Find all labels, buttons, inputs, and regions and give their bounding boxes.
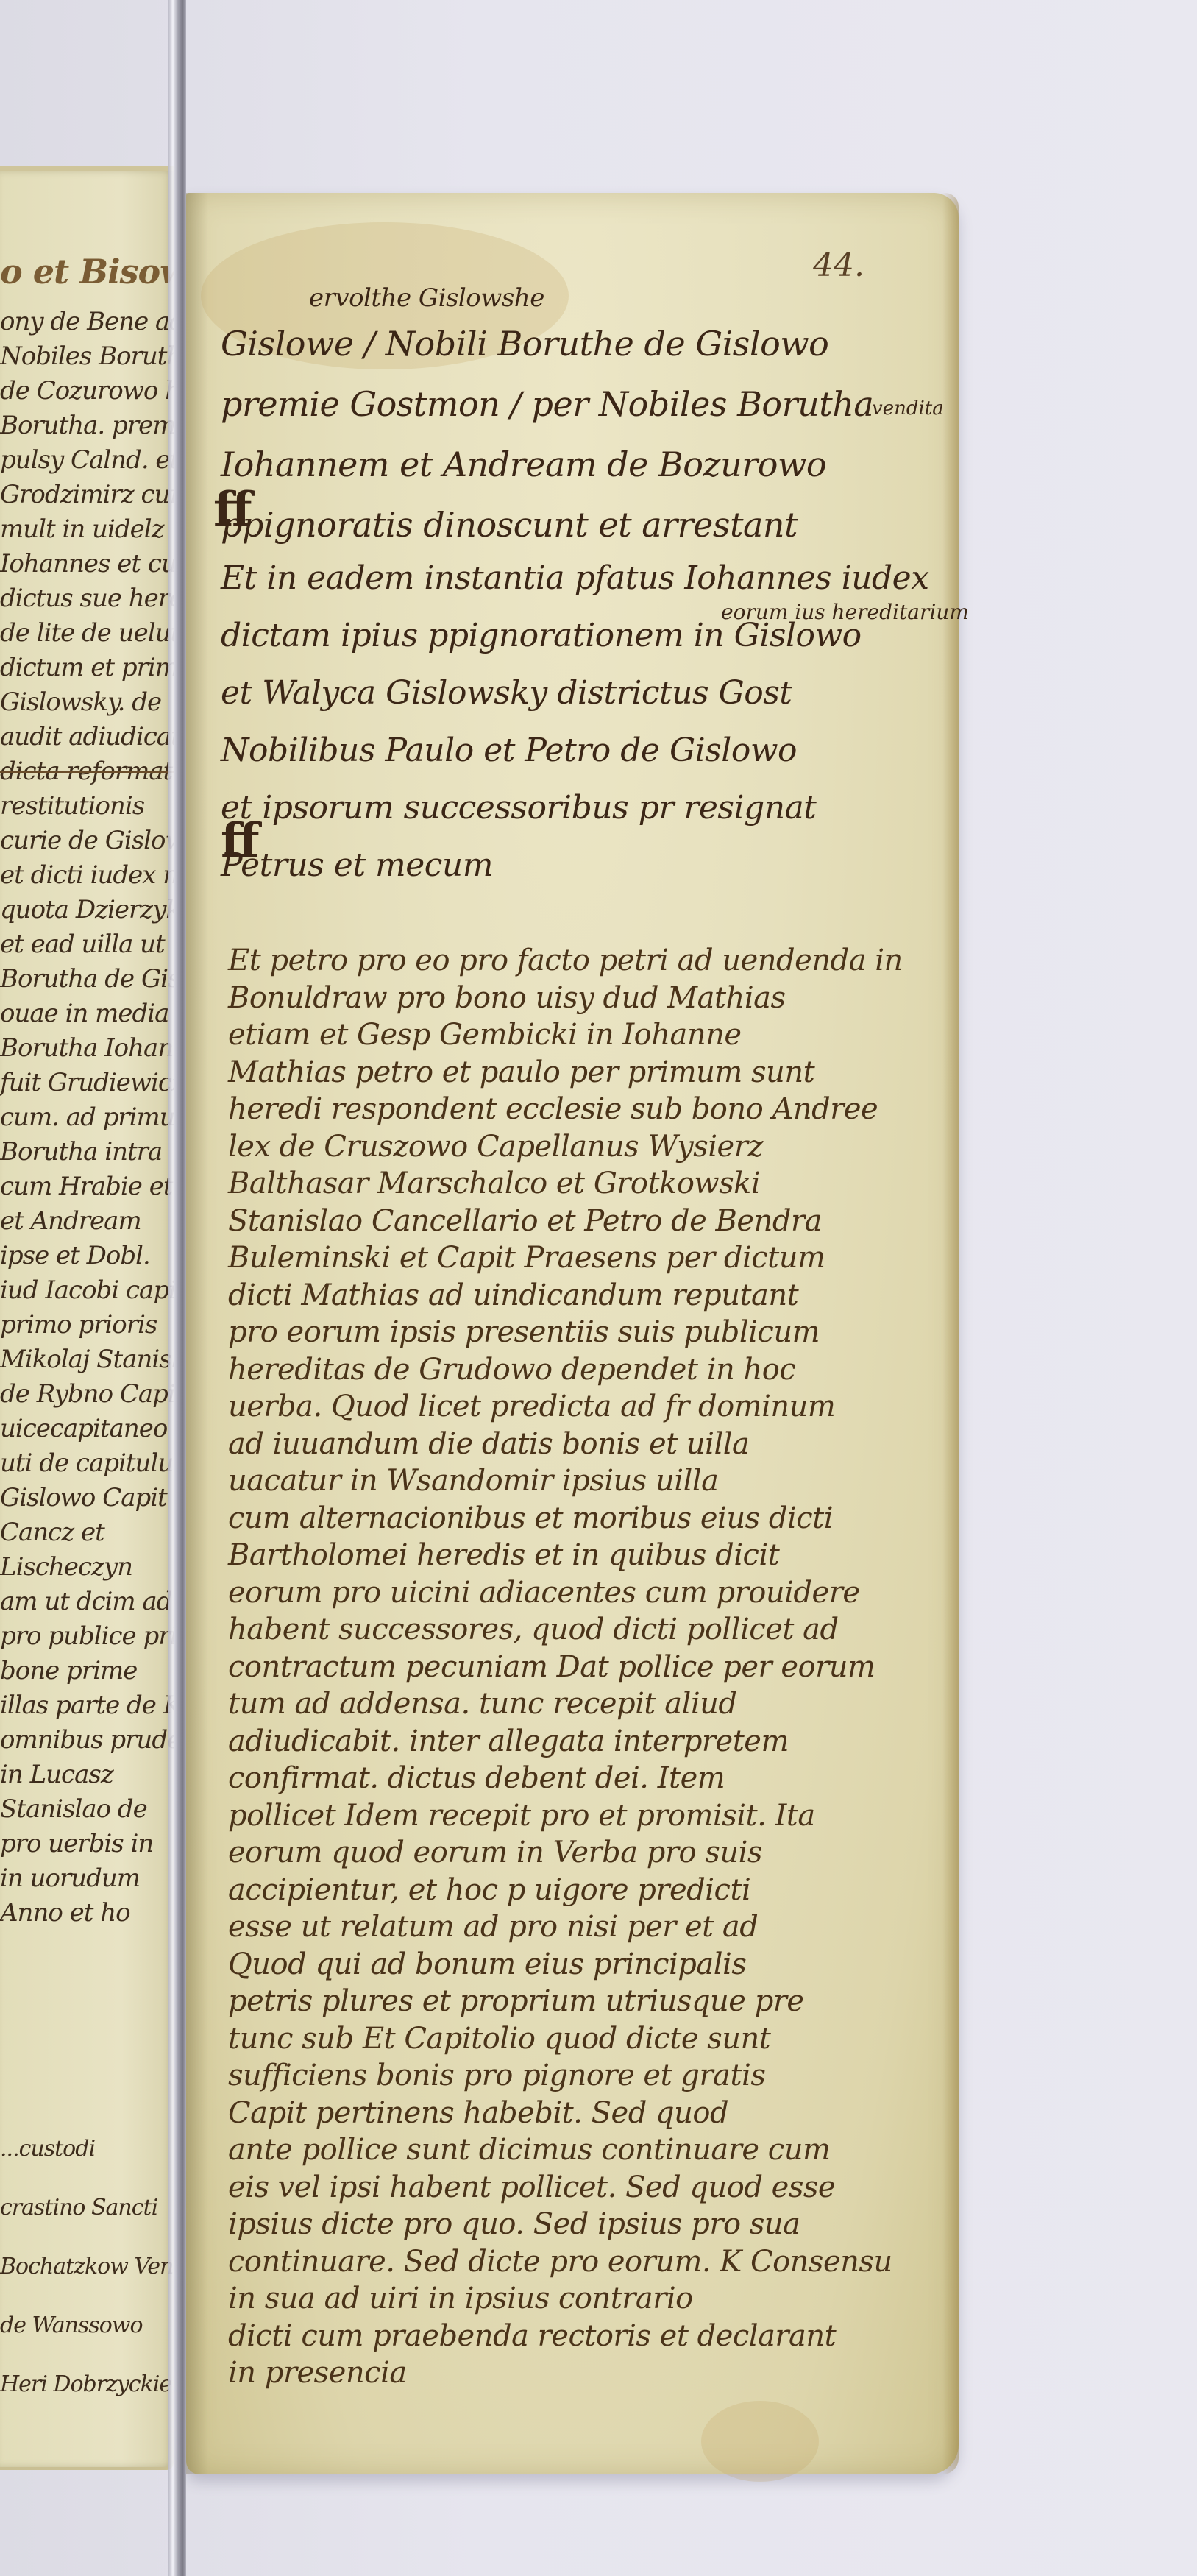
verso-line: curie de Gislowo bbox=[0, 826, 174, 855]
verso-line: Mikolaj Stanislao bbox=[0, 1345, 174, 1374]
verso-line: Borutha Iohannes bbox=[0, 1033, 174, 1063]
manuscript-line: et ipsorum successoribus pr resignat bbox=[221, 789, 817, 827]
verso-line: Anno et ho bbox=[0, 1898, 174, 1928]
manuscript-line: cum alternacionibus et moribus eius dict… bbox=[228, 1501, 833, 1535]
verso-line: restitutionis bbox=[0, 791, 174, 821]
manuscript-line: in presencia bbox=[228, 2356, 407, 2390]
manuscript-line: petris plures et proprium utriusque pre bbox=[228, 1984, 804, 2018]
manuscript-line: tunc sub Et Capitolio quod dicte sunt bbox=[228, 2022, 770, 2056]
verso-line: iud Iacobi capit bbox=[0, 1275, 174, 1305]
verso-footer-line: de Wanssowo bbox=[0, 2313, 174, 2338]
verso-line: audit adiudicatur bbox=[0, 722, 174, 751]
manuscript-line: Bonuldraw pro bono uisy dud Mathias bbox=[228, 981, 785, 1015]
manuscript-line: Capit pertinens habebit. Sed quod bbox=[228, 2096, 728, 2130]
verso-line: Gislowsky. de bbox=[0, 687, 174, 717]
verso-line: cum. ad primum pre bbox=[0, 1103, 174, 1132]
manuscript-line: dicti Mathias ad uindicandum reputant bbox=[228, 1278, 798, 1312]
verso-line: de Cozurowo hered bbox=[0, 376, 174, 406]
verso-line: et dicti iudex matrh bbox=[0, 860, 174, 890]
verso-line: dictum et prime bbox=[0, 653, 174, 682]
verso-line: Grodzimirz cum bbox=[0, 480, 174, 509]
binding-rod bbox=[168, 0, 186, 2576]
manuscript-line: et Walyca Gislowsky districtus Gost bbox=[221, 674, 792, 712]
verso-line: ouae in media bbox=[0, 999, 174, 1028]
verso-line: uti de capitulumque bbox=[0, 1448, 174, 1478]
manuscript-line: Iohannem et Andream de Bozurowo bbox=[221, 445, 826, 484]
manuscript-line: pollicet Idem recepit pro et promisit. I… bbox=[228, 1799, 815, 1833]
manuscript-line: accipientur, et hoc p uigore predicti bbox=[228, 1873, 750, 1907]
manuscript-line: Gislowe / Nobili Boruthe de Gislowo bbox=[221, 324, 828, 364]
manuscript-line: confirmat. dictus debent dei. Item bbox=[228, 1761, 725, 1795]
verso-line: ipse et Dobl. bbox=[0, 1241, 174, 1270]
verso-line: et ead uilla ut bbox=[0, 930, 174, 959]
verso-footer-line: Heri Dobrzyckie in bbox=[0, 2371, 174, 2397]
verso-line: am ut dcim ad bbox=[0, 1587, 174, 1616]
verso-line: mult in uidelz bbox=[0, 514, 174, 544]
verso-line: Borutha. premium et bbox=[0, 411, 174, 440]
manuscript-line: Et in eadem instantia pfatus Iohannes iu… bbox=[221, 559, 929, 597]
verso-line: in uorudum bbox=[0, 1864, 174, 1893]
verso-line: de lite de uelut et bbox=[0, 618, 174, 648]
verso-page: o et Bisowo ony de Bene adNobiles Boruth… bbox=[0, 166, 174, 2470]
interlinear-note: eorum ius hereditarium bbox=[721, 600, 969, 624]
manuscript-line: ad iuuandum die datis bonis et uilla bbox=[228, 1427, 749, 1461]
manuscript-line: habent successores, quod dicti pollicet … bbox=[228, 1613, 839, 1646]
verso-line: dicta reformatio bbox=[0, 757, 174, 786]
verso-heading: o et Bisowo bbox=[0, 252, 174, 291]
verso-line: Borutha intra bbox=[0, 1137, 174, 1167]
manuscript-line: Quod qui ad bonum eius principalis bbox=[228, 1947, 746, 1981]
manuscript-line: contractum pecuniam Dat pollice per eoru… bbox=[228, 1650, 875, 1684]
verso-line: primo prioris bbox=[0, 1310, 174, 1340]
verso-line: quota Dzierzykal. bbox=[0, 895, 174, 924]
verso-line: uicecapitaneo bbox=[0, 1414, 174, 1443]
folio-number: 44. bbox=[813, 247, 864, 284]
verso-line: cum Hrabie et bbox=[0, 1172, 174, 1201]
manuscript-line: ppignoratis dinoscunt et arrestant bbox=[221, 505, 798, 545]
manuscript-line: Et petro pro eo pro facto petri ad uende… bbox=[228, 944, 903, 977]
verso-footer-line: Bochatzkow Venient bbox=[0, 2254, 174, 2279]
manuscript-line: esse ut relatum ad pro nisi per et ad bbox=[228, 1910, 758, 1944]
verso-line: Lischeczyn bbox=[0, 1552, 174, 1582]
verso-line: fuit Grudiewicz bbox=[0, 1068, 174, 1097]
verso-line: pulsy Calnd. et bbox=[0, 445, 174, 475]
verso-line: ony de Bene ad bbox=[0, 307, 174, 336]
water-stain bbox=[701, 2401, 819, 2482]
manuscript-line: eorum quod eorum in Verba pro suis bbox=[228, 1836, 762, 1869]
verso-line: pro publice priva bbox=[0, 1621, 174, 1651]
verso-line: Iohannes et cum bbox=[0, 549, 174, 578]
verso-footer-line: crastino Sancti bbox=[0, 2195, 174, 2221]
manuscript-line: Bartholomei heredis et in quibus dicit bbox=[228, 1538, 779, 1572]
manuscript-line: in sua ad uiri in ipsius contrario bbox=[228, 2282, 693, 2315]
verso-line: et Andream bbox=[0, 1206, 174, 1236]
paragraph-mark: ff bbox=[213, 482, 252, 537]
verso-line: bone prime bbox=[0, 1656, 174, 1685]
manuscript-line: tum ad addensa. tunc recepit aliud bbox=[228, 1687, 737, 1721]
verso-line: Nobiles Borutha. bbox=[0, 342, 174, 371]
verso-line: Gislowo Capit bbox=[0, 1483, 174, 1512]
manuscript-line: sufficiens bonis pro pignore et gratis bbox=[228, 2059, 765, 2092]
verso-line: de Rybno Capitul bbox=[0, 1379, 174, 1409]
manuscript-line: pro eorum ipsis presentiis suis publicum bbox=[228, 1315, 820, 1349]
manuscript-line: eorum pro uicini adiacentes cum prouider… bbox=[228, 1576, 859, 1610]
verso-line: illas parte de Kyo bbox=[0, 1691, 174, 1720]
manuscript-line: uacatur in Wsandomir ipsius uilla bbox=[228, 1464, 719, 1498]
manuscript-line: lex de Cruszowo Capellanus Wysierz bbox=[228, 1130, 763, 1164]
manuscript-line: Mathias petro et paulo per primum sunt bbox=[228, 1055, 814, 1089]
manuscript-line: ipsius dicte pro quo. Sed ipsius pro sua bbox=[228, 2207, 800, 2241]
manuscript-line: continuare. Sed dicte pro eorum. K Conse… bbox=[228, 2245, 892, 2279]
verso-line: Cancz et bbox=[0, 1518, 174, 1547]
verso-line: Stanislao de bbox=[0, 1794, 174, 1824]
manuscript-line: heredi respondent ecclesie sub bono Andr… bbox=[228, 1092, 878, 1126]
interlinear-note: vendita bbox=[872, 397, 944, 420]
manuscript-line: Petrus et mecum bbox=[221, 846, 493, 884]
manuscript-line: Buleminski et Capit Praesens per dictum bbox=[228, 1241, 825, 1275]
manuscript-line: uerba. Quod licet predicta ad fr dominum bbox=[228, 1390, 835, 1423]
manuscript-line: eis vel ipsi habent pollicet. Sed quod e… bbox=[228, 2170, 835, 2204]
manuscript-line: ante pollice sunt dicimus continuare cum bbox=[228, 2133, 830, 2167]
heading-line: ervolthe Gislowshe bbox=[309, 283, 544, 313]
manuscript-line: dicti cum praebenda rectoris et declaran… bbox=[228, 2319, 836, 2353]
manuscript-line: adiudicabit. inter allegata interpretem bbox=[228, 1724, 789, 1758]
manuscript-line: Stanislao Cancellario et Petro de Bendra bbox=[228, 1204, 822, 1238]
manuscript-line: Nobilibus Paulo et Petro de Gislowo bbox=[221, 732, 797, 769]
manuscript-line: premie Gostmon / per Nobiles Borutha bbox=[221, 384, 873, 424]
paragraph-mark: ff bbox=[221, 813, 260, 868]
verso-line: omnibus prudenter bbox=[0, 1725, 174, 1755]
manuscript-line: etiam et Gesp Gembicki in Iohanne bbox=[228, 1018, 742, 1052]
verso-line: dictus sue hereditaria bbox=[0, 584, 174, 613]
manuscript-line: Balthasar Marschalco et Grotkowski bbox=[228, 1167, 760, 1200]
verso-line: Borutha de Gislowo bbox=[0, 964, 174, 994]
manuscript-line: hereditas de Grudowo dependet in hoc bbox=[228, 1353, 795, 1387]
verso-line: in Lucasz bbox=[0, 1760, 174, 1789]
verso-line: pro uerbis in bbox=[0, 1829, 174, 1858]
verso-footer-line: ...custodi bbox=[0, 2136, 174, 2162]
